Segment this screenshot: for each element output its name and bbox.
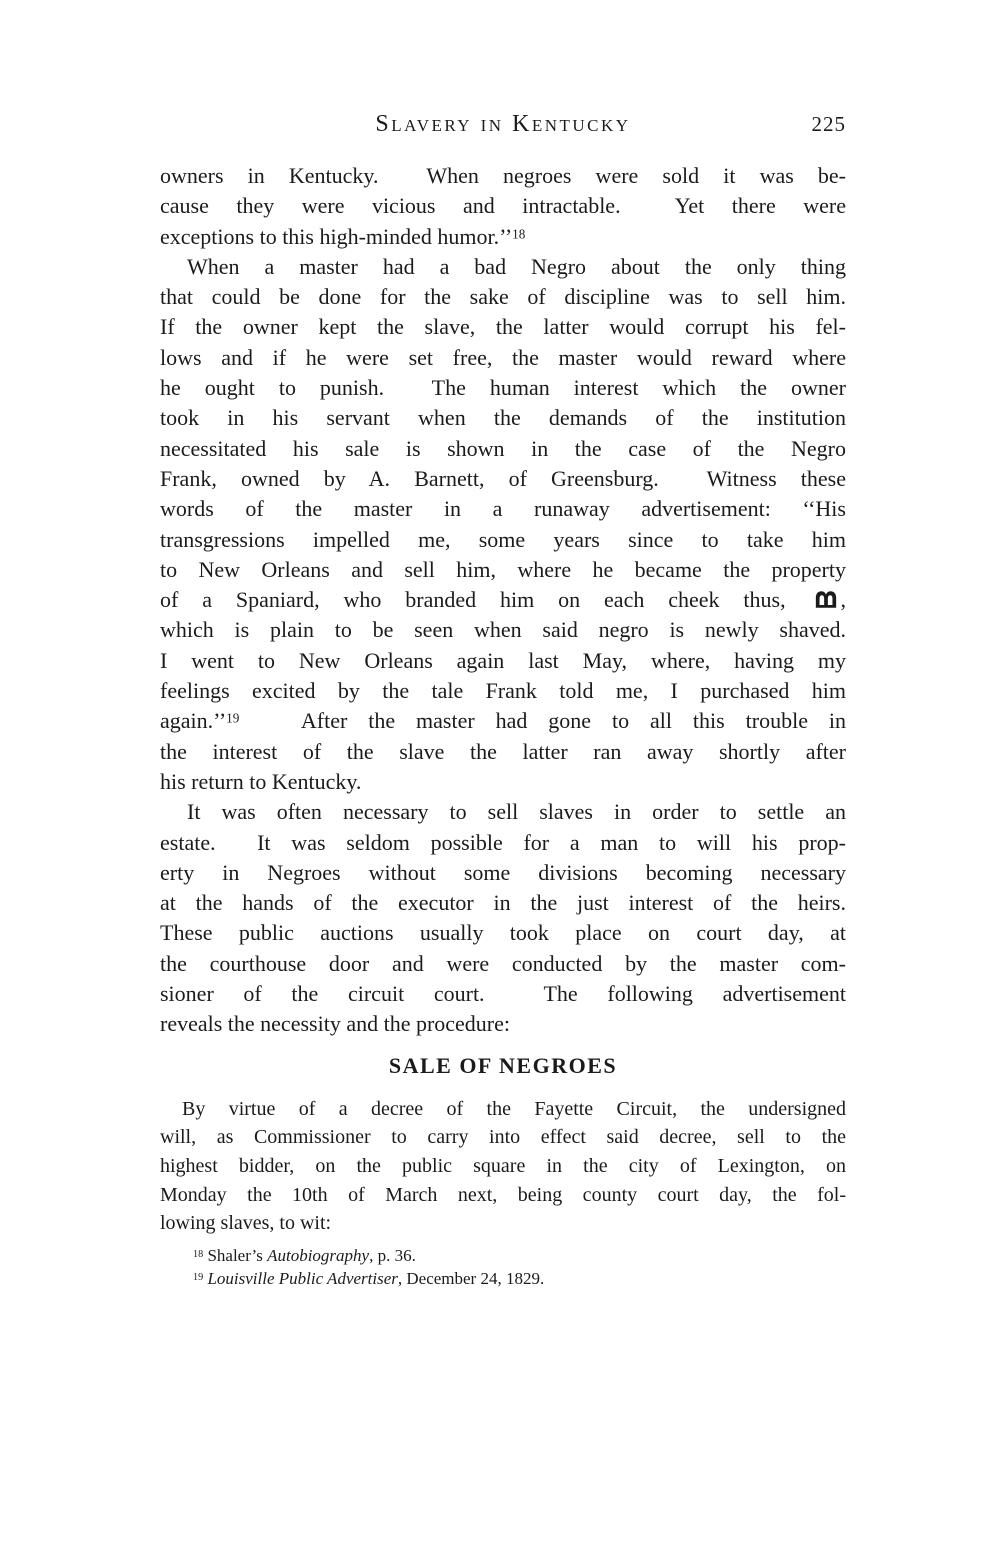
book-page: Slavery in Kentucky 225 owners in Kentuc… bbox=[0, 0, 1000, 1553]
text-line: which is plain to be seen when said negr… bbox=[160, 615, 846, 645]
text-line: owners in Kentucky. When negroes were so… bbox=[160, 161, 846, 191]
text-line: erty in Negroes without some divisions b… bbox=[160, 858, 846, 888]
footnote-line: 18 Shaler’s Autobiography, p. 36. bbox=[160, 1244, 846, 1267]
text-line: cause they were vicious and intractable.… bbox=[160, 191, 846, 221]
paragraph: When a master had a bad Negro about the … bbox=[160, 252, 846, 797]
text-line: he ought to punish. The human interest w… bbox=[160, 373, 846, 403]
footnote-ref: 18 bbox=[193, 1249, 203, 1260]
text-line: I went to New Orleans again last May, wh… bbox=[160, 646, 846, 676]
text-line: feelings excited by the tale Frank told … bbox=[160, 676, 846, 706]
running-title: Slavery in Kentucky bbox=[160, 110, 846, 138]
footnotes: 18 Shaler’s Autobiography, p. 36.19 Loui… bbox=[160, 1244, 846, 1290]
italic-title: Louisville Public Advertiser bbox=[207, 1269, 397, 1288]
text-line: took in his servant when the demands of … bbox=[160, 403, 846, 433]
page-header: Slavery in Kentucky 225 bbox=[160, 110, 846, 138]
paragraph: It was often necessary to sell slaves in… bbox=[160, 797, 846, 1039]
text-line: that could be done for the sake of disci… bbox=[160, 282, 846, 312]
text-line: estate. It was seldom possible for a man… bbox=[160, 828, 846, 858]
text-line: to New Orleans and sell him, where he be… bbox=[160, 555, 846, 585]
text-line: If the owner kept the slave, the latter … bbox=[160, 312, 846, 342]
text-line: lowing slaves, to wit: bbox=[160, 1209, 846, 1238]
text-line: By virtue of a decree of the Fayette Cir… bbox=[160, 1095, 846, 1124]
paragraph: owners in Kentucky. When negroes were so… bbox=[160, 161, 846, 252]
footnote-ref: 19 bbox=[193, 1272, 203, 1283]
text-line: transgressions impelled me, some years s… bbox=[160, 525, 846, 555]
text-line: These public auctions usually took place… bbox=[160, 918, 846, 948]
footnote-ref: 19 bbox=[226, 711, 239, 726]
text-line: highest bidder, on the public square in … bbox=[160, 1152, 846, 1181]
text-line: the courthouse door and were conducted b… bbox=[160, 949, 846, 979]
text-line: of a Spaniard, who branded him on each c… bbox=[160, 585, 846, 615]
text-line: his return to Kentucky. bbox=[160, 767, 846, 797]
text-line: lows and if he were set free, the master… bbox=[160, 343, 846, 373]
page-number: 225 bbox=[812, 112, 847, 136]
section-heading: SALE OF NEGROES bbox=[160, 1053, 846, 1079]
text-line: again.’’19 After the master had gone to … bbox=[160, 706, 846, 736]
footnote-ref: 18 bbox=[512, 226, 525, 241]
text-line: necessitated his sale is shown in the ca… bbox=[160, 434, 846, 464]
italic-title: Autobiography bbox=[267, 1246, 369, 1265]
text-line: reveals the necessity and the procedure: bbox=[160, 1009, 846, 1039]
text-line: sioner of the circuit court. The followi… bbox=[160, 979, 846, 1009]
text-line: the interest of the slave the latter ran… bbox=[160, 737, 846, 767]
footnote-line: 19 Louisville Public Advertiser, Decembe… bbox=[160, 1267, 846, 1290]
text-line: exceptions to this high-minded humor.’’1… bbox=[160, 222, 846, 252]
advertisement-quote: By virtue of a decree of the Fayette Cir… bbox=[160, 1095, 846, 1238]
text-column: owners in Kentucky. When negroes were so… bbox=[160, 161, 846, 1290]
brand-mark-icon bbox=[814, 590, 838, 609]
text-line: at the hands of the executor in the just… bbox=[160, 888, 846, 918]
text-line: will, as Commissioner to carry into effe… bbox=[160, 1123, 846, 1152]
text-line: words of the master in a runaway adverti… bbox=[160, 494, 846, 524]
text-line: When a master had a bad Negro about the … bbox=[160, 252, 846, 282]
text-line: It was often necessary to sell slaves in… bbox=[160, 797, 846, 827]
text-line: Frank, owned by A. Barnett, of Greensbur… bbox=[160, 464, 846, 494]
text-line: Monday the 10th of March next, being cou… bbox=[160, 1181, 846, 1210]
